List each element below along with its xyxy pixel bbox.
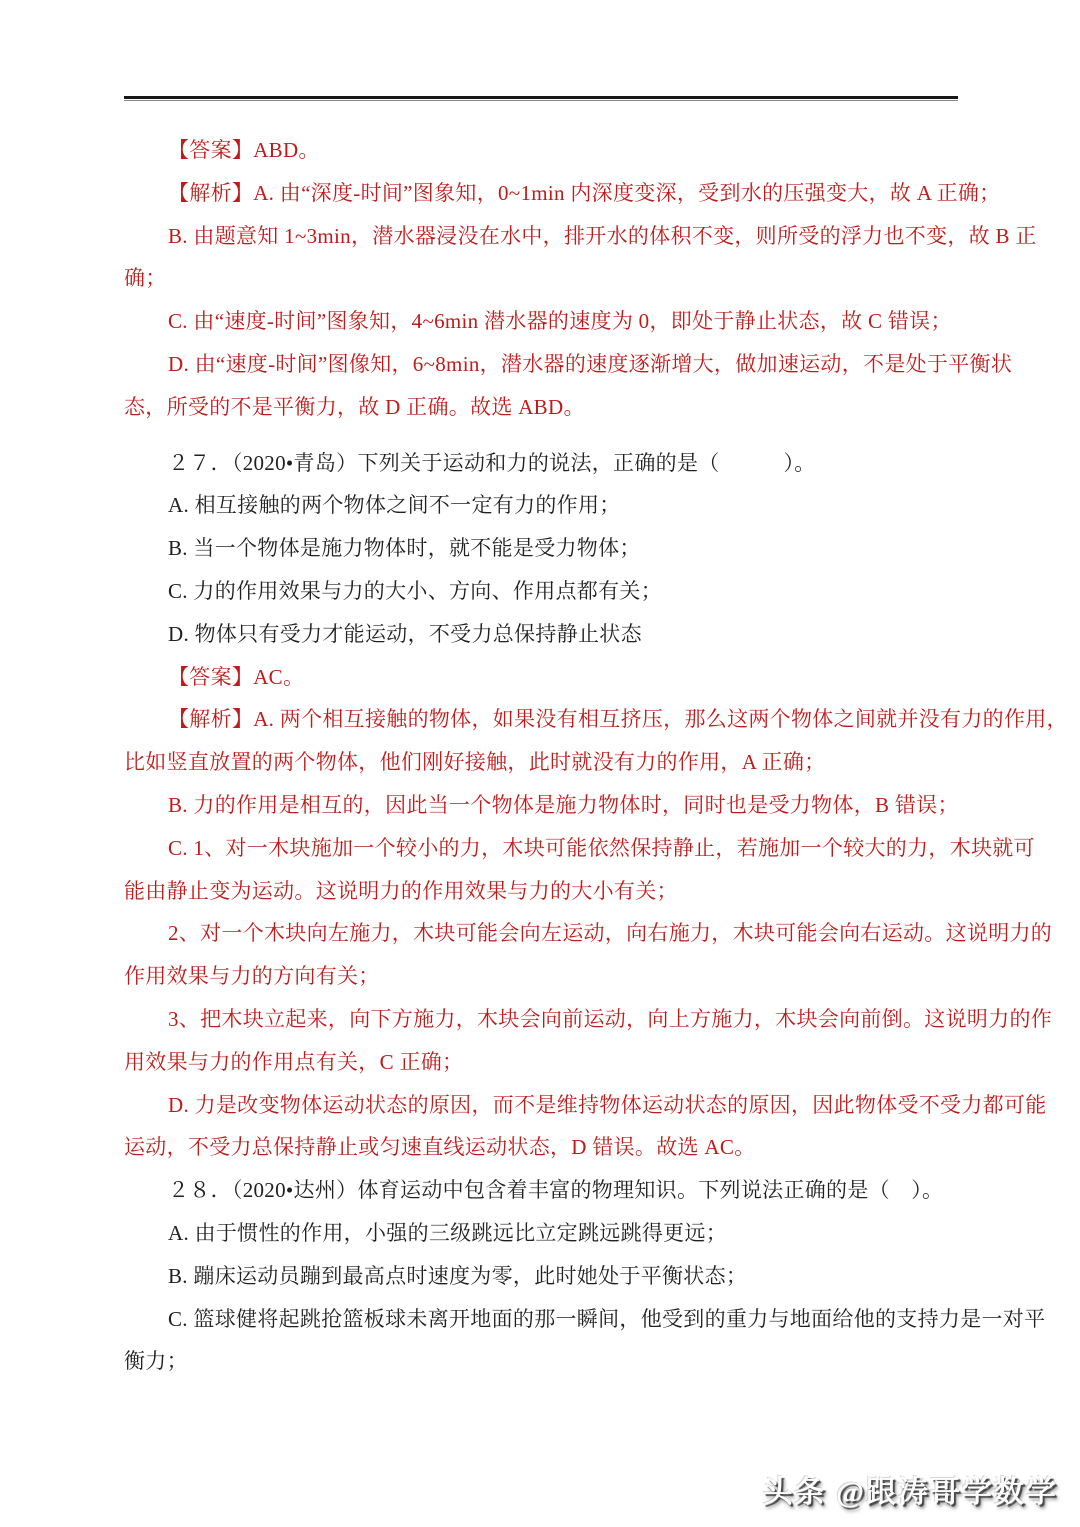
question-27-line: ２７．（2020•青岛）下列关于运动和力的说法，正确的是（ ）。: [124, 442, 958, 485]
text-line: 2、对一个木块向左施力，木块可能会向左运动，向右施力，木块可能会向右运动。这说明…: [124, 912, 958, 955]
option-line: A. 相互接触的两个物体之间不一定有力的作用；: [124, 484, 958, 527]
text-line: D. 力是改变物体运动状态的原因，而不是维持物体运动状态的原因，因此物体受不受力…: [124, 1084, 958, 1127]
text-line: 确；: [124, 257, 958, 300]
option-line: C. 篮球健将起跳抢篮板球未离开地面的那一瞬间，他受到的重力与地面给他的支持力是…: [124, 1298, 958, 1341]
watermark: 头条 @跟涛哥学数学: [763, 1467, 1058, 1511]
answer-line: 【答案】AC。: [124, 656, 958, 699]
analysis-line: 【解析】A. 两个相互接触的物体，如果没有相互挤压，那么这两个物体之间就并没有力…: [124, 698, 958, 741]
text-line: B. 由题意知 1~3min，潜水器浸没在水中，排开水的体积不变，则所受的浮力也…: [124, 215, 958, 258]
option-line: B. 蹦床运动员蹦到最高点时速度为零，此时她处于平衡状态；: [124, 1255, 958, 1298]
text-line: 作用效果与力的方向有关；: [124, 955, 958, 998]
document-body: 【答案】ABD。 【解析】A. 由“深度-时间”图象知，0~1min 内深度变深…: [124, 129, 958, 1383]
option-line: B. 当一个物体是施力物体时，就不能是受力物体；: [124, 527, 958, 570]
document-page: 【答案】ABD。 【解析】A. 由“深度-时间”图象知，0~1min 内深度变深…: [0, 0, 1080, 1527]
text-line: 态，所受的不是平衡力，故 D 正确。故选 ABD。: [124, 386, 958, 429]
text-line: 比如竖直放置的两个物体，他们刚好接触，此时就没有力的作用，A 正确；: [124, 741, 958, 784]
text-line: 用效果与力的作用点有关，C 正确；: [124, 1041, 958, 1084]
text-line: C. 由“速度-时间”图象知，4~6min 潜水器的速度为 0，即处于静止状态，…: [124, 300, 958, 343]
text-line: B. 力的作用是相互的，因此当一个物体是施力物体时，同时也是受力物体，B 错误；: [124, 784, 958, 827]
option-line: A. 由于惯性的作用，小强的三级跳远比立定跳远跳得更远；: [124, 1212, 958, 1255]
text-line: D. 由“速度-时间”图像知，6~8min，潜水器的速度逐渐增大，做加速运动，不…: [124, 343, 958, 386]
header-divider: [124, 96, 958, 101]
text-line: 能由静止变为运动。这说明力的作用效果与力的大小有关；: [124, 870, 958, 913]
text-line: 衡力；: [124, 1340, 958, 1383]
answer-line: 【答案】ABD。: [124, 129, 958, 172]
option-line: D. 物体只有受力才能运动，不受力总保持静止状态: [124, 613, 958, 656]
text-line: 3、把木块立起来，向下方施力，木块会向前运动，向上方施力，木块会向前倒。这说明力…: [124, 998, 958, 1041]
analysis-line: 【解析】A. 由“深度-时间”图象知，0~1min 内深度变深，受到水的压强变大…: [124, 172, 958, 215]
question-28-line: ２８．（2020•达州）体育运动中包含着丰富的物理知识。下列说法正确的是（ ）。: [124, 1169, 958, 1212]
option-line: C. 力的作用效果与力的大小、方向、作用点都有关；: [124, 570, 958, 613]
text-line: C. 1、对一木块施加一个较小的力，木块可能依然保持静止，若施加一个较大的力，木…: [124, 827, 958, 870]
text-line: 运动，不受力总保持静止或匀速直线运动状态，D 错误。故选 AC。: [124, 1126, 958, 1169]
